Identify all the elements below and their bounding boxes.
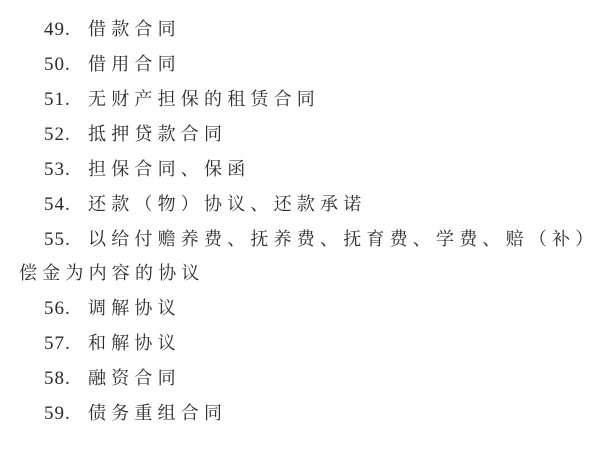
item-text: 无财产担保的租赁合同 (88, 85, 320, 115)
item-text-continuation: 偿金为内容的协议 (19, 259, 205, 289)
item-text: 以给付赡养费、抚养费、抚育费、学费、赔（补） (88, 225, 598, 255)
item-number: 50. (44, 50, 71, 80)
item-number: 56. (44, 294, 71, 324)
item-text: 和解协议 (88, 329, 181, 359)
item-text: 融资合同 (88, 364, 181, 394)
item-number: 52. (44, 120, 71, 150)
item-number: 55. (44, 225, 71, 255)
item-number: 58. (44, 364, 71, 394)
item-text: 借用合同 (88, 50, 181, 80)
item-number: 49. (44, 15, 71, 45)
item-text: 债务重组合同 (88, 399, 227, 429)
item-text: 借款合同 (88, 15, 181, 45)
item-text: 还款（物）协议、还款承诺 (88, 190, 366, 220)
item-number: 53. (44, 155, 71, 185)
item-number: 54. (44, 190, 71, 220)
item-number: 59. (44, 399, 71, 429)
item-text: 调解协议 (88, 294, 181, 324)
item-number: 51. (44, 85, 71, 115)
item-text: 抵押贷款合同 (88, 120, 227, 150)
document-page: 49. 借款合同 50. 借用合同 51. 无财产担保的租赁合同 52. 抵押贷… (0, 0, 600, 455)
item-number: 57. (44, 329, 71, 359)
item-text: 担保合同、保函 (88, 155, 250, 185)
